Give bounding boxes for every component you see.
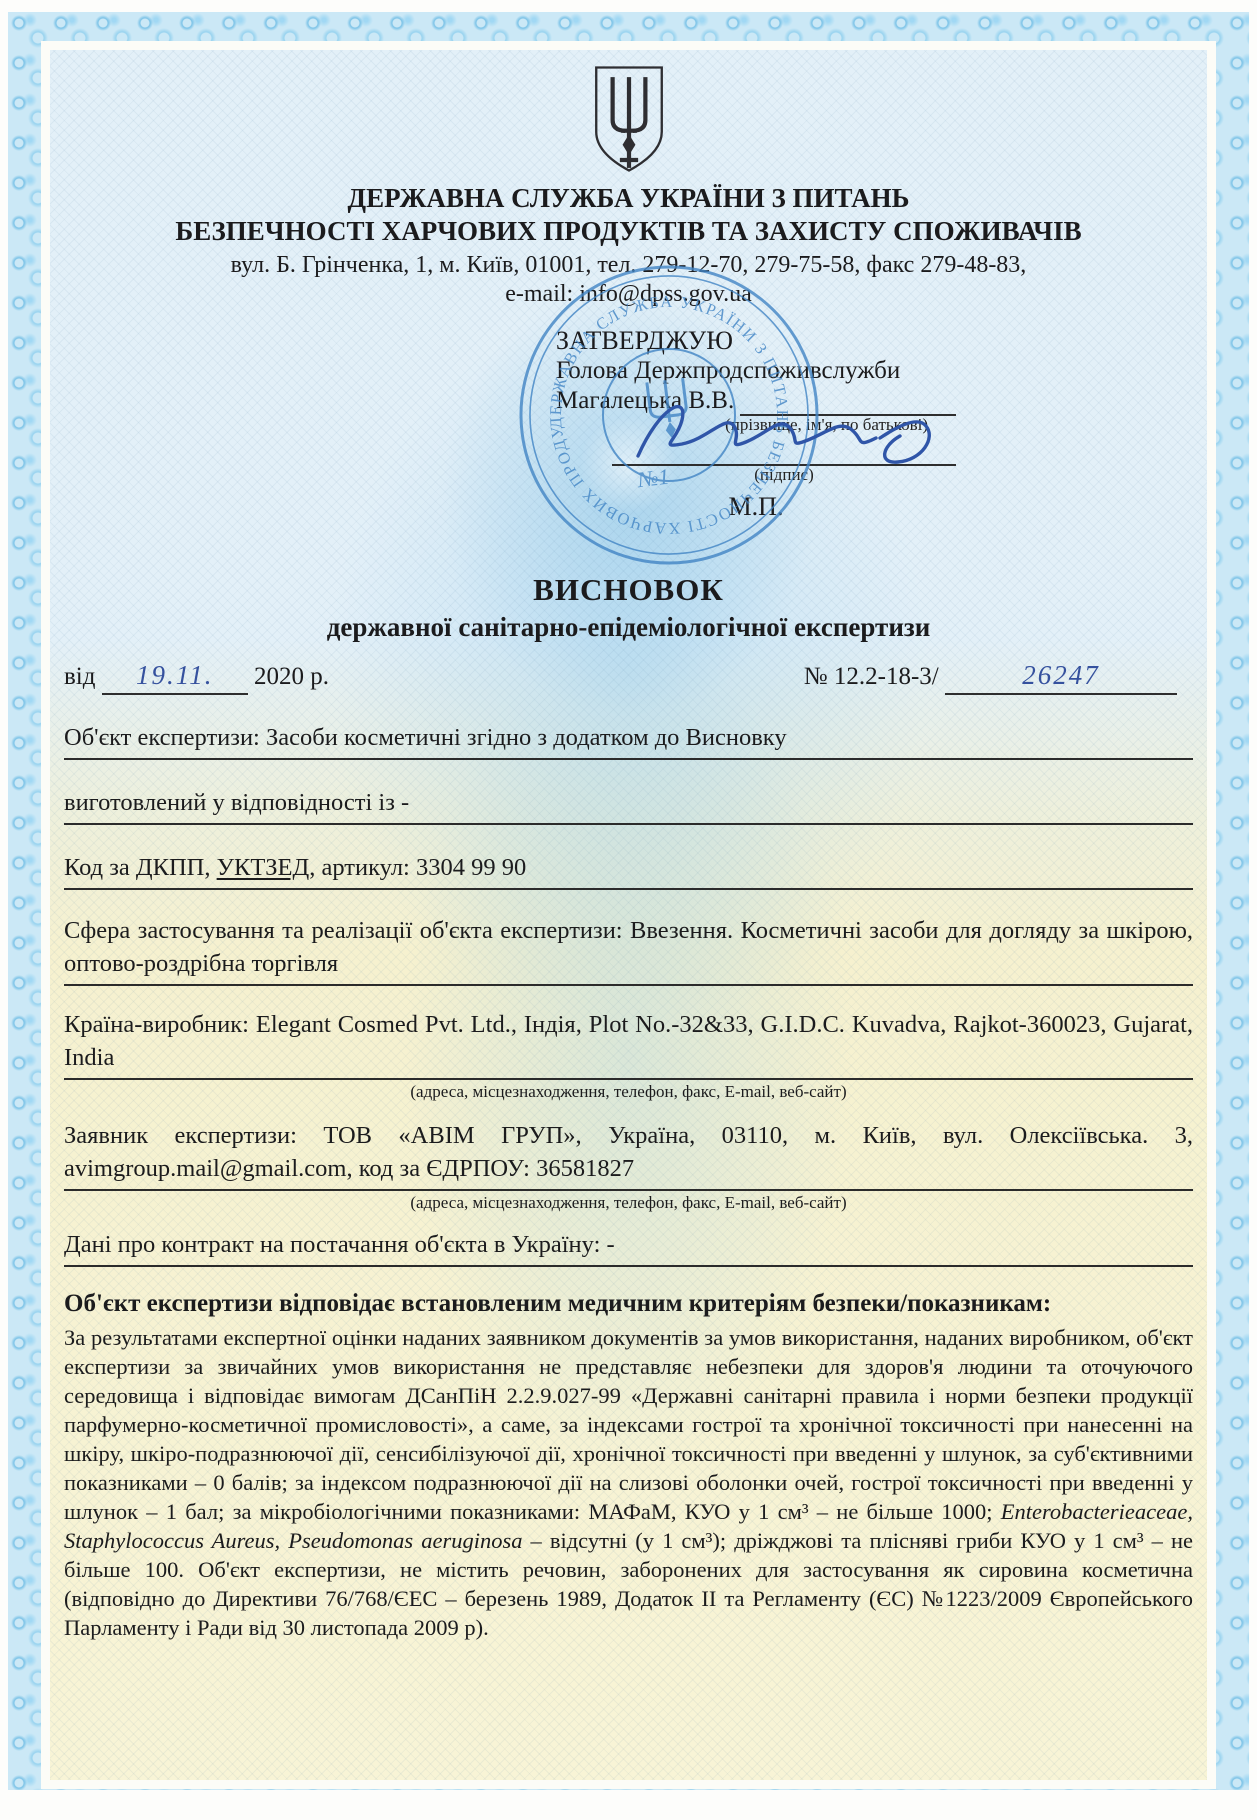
approve-word: ЗАТВЕРДЖУЮ [556,326,956,356]
approver-name-caption: (прізвище, ім'я, по батькові) [556,416,956,434]
code-prefix: Код за ДКПП, [64,854,217,881]
approval-text: ЗАТВЕРДЖУЮ Голова Держпродспоживслужби М… [556,326,956,522]
approver-position: Голова Держпродспоживслужби [556,356,956,386]
meta-row: від 19.11. 2020 р. № 12.2-18-3/ 26247 [64,660,1193,695]
date-group: від 19.11. 2020 р. [64,660,329,695]
conclusion-paragraph: За результатами експертної оцінки надани… [64,1323,1193,1642]
field-scope: Сфера застосування та реалізації об'єкта… [64,914,1193,986]
signature-caption: (підпис) [612,466,956,484]
field-code: Код за ДКПП, УКТЗЕД, артикул: 3304 99 90 [64,851,1193,890]
approver-name: Магалецька В.В. [556,386,734,416]
scanned-certificate-page: { "colors": { "stamp_blue": "#4285c5", "… [0,0,1257,1820]
seal-abbreviation: М.П. [556,492,956,522]
approval-block: ДЕРЖАВНА СЛУЖБА УКРАЇНИ З ПИТАНЬ БЕЗПЕЧН… [64,326,1193,514]
certificate-sheet: ДЕРЖАВНА СЛУЖБА УКРАЇНИ З ПИТАНЬ БЕЗПЕЧН… [50,50,1207,1780]
code-uktzed: УКТЗЕД [217,854,310,881]
trident-emblem-icon [591,64,667,174]
field-manufactured: виготовлений у відповідності із - [64,786,1193,825]
document-title: ВИСНОВОК [64,574,1193,606]
conclusion-part1: За результатами експертної оцінки надани… [64,1325,1193,1524]
agency-name-line1: ДЕРЖАВНА СЛУЖБА УКРАЇНИ З ПИТАНЬ [64,182,1193,215]
producer-caption: (адреса, місцезнаходження, телефон, факс… [64,1082,1193,1101]
conclusion-heading: Об'єкт експертизи відповідає встановлени… [64,1289,1193,1319]
agency-email: e-mail: info@dpss.gov.ua [64,280,1193,308]
certificate-content: ДЕРЖАВНА СЛУЖБА УКРАЇНИ З ПИТАНЬ БЕЗПЕЧН… [50,64,1207,1780]
number-handwritten-value: 26247 [945,660,1177,695]
date-label: від [64,663,95,690]
field-producer: Країна-виробник: Elegant Cosmed Pvt. Ltd… [64,1008,1193,1080]
document-subtitle: державної санітарно-епідеміологічної екс… [64,612,1193,642]
approver-name-row: Магалецька В.В. [556,386,956,416]
agency-address: вул. Б. Грінченка, 1, м. Київ, 01001, те… [64,251,1193,280]
field-expertise-object: Об'єкт експертизи: Засоби косметичні згі… [64,721,1193,760]
code-suffix: , артикул: 3304 99 90 [309,854,526,881]
date-suffix: 2020 р. [254,663,329,690]
number-label: № 12.2-18-3/ [804,663,939,690]
date-handwritten-value: 19.11. [102,660,248,695]
field-applicant: Заявник експертизи: ТОВ «АВІМ ГРУП», Укр… [64,1119,1193,1191]
agency-name-line2: БЕЗПЕЧНОСТІ ХАРЧОВИХ ПРОДУКТІВ ТА ЗАХИСТ… [64,215,1193,248]
field-contract: Дані про контракт на постачання об'єкта … [64,1228,1193,1267]
signature-line [612,436,956,466]
applicant-caption: (адреса, місцезнаходження, телефон, факс… [64,1193,1193,1212]
number-group: № 12.2-18-3/ 26247 [804,660,1177,695]
approver-name-underline [740,388,956,416]
